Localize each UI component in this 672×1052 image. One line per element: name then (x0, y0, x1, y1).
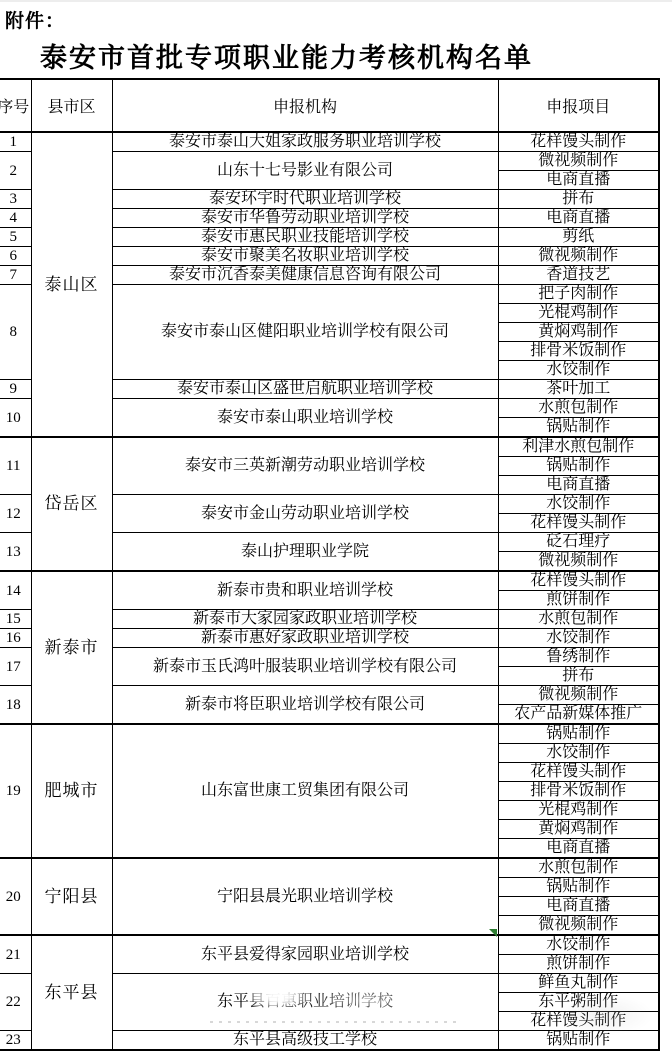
col-header-seq: 序号 (0, 79, 31, 132)
project-cell: 农产品新媒体推广 (498, 705, 659, 725)
institution-cell: 泰山护理职业学院 (112, 533, 498, 572)
table-row: 21东平县东平县爱得家园职业培训学校水饺制作 (0, 935, 659, 955)
institution-cell: 东平县爱得家园职业培训学校 (112, 935, 498, 974)
page-title: 泰安市首批专项职业能力考核机构名单 (40, 36, 533, 75)
row-number-cell: 4 (0, 209, 31, 228)
institution-cell: 泰安市泰山职业培训学校 (112, 399, 498, 438)
col-header-district: 县市区 (31, 79, 112, 132)
document-page: 附件： 泰安市首批专项职业能力考核机构名单 序号 县市区 申报机构 申报项目 1… (0, 0, 672, 1052)
project-cell: 砭石理疗 (498, 533, 659, 552)
district-cell: 岱岳区 (31, 437, 112, 571)
project-cell: 煎饼制作 (498, 955, 659, 974)
project-cell: 微视频制作 (498, 686, 659, 705)
project-cell: 水饺制作 (498, 935, 659, 955)
project-cell: 黄焖鸡制作 (498, 820, 659, 839)
project-cell: 花样馒头制作 (498, 1012, 659, 1031)
row-number-cell: 19 (0, 724, 31, 858)
project-cell: 微视频制作 (498, 916, 659, 936)
project-cell: 煎饼制作 (498, 591, 659, 610)
project-cell: 花样馒头制作 (498, 571, 659, 591)
row-number-cell: 5 (0, 228, 31, 247)
institution-cell: 东平县百惠职业培训学校 (112, 974, 498, 1031)
header-row: 序号 县市区 申报机构 申报项目 (0, 79, 659, 132)
project-cell: 水饺制作 (498, 744, 659, 763)
project-cell: 排骨米饭制作 (498, 782, 659, 801)
district-cell: 新泰市 (31, 571, 112, 724)
col-header-institution: 申报机构 (112, 79, 498, 132)
row-number-cell: 2 (0, 152, 31, 190)
project-cell: 光棍鸡制作 (498, 801, 659, 820)
row-number-cell: 16 (0, 629, 31, 648)
row-number-cell: 12 (0, 495, 31, 533)
district-cell: 肥城市 (31, 724, 112, 858)
project-cell: 电商直播 (498, 171, 659, 190)
project-cell: 锅贴制作 (498, 457, 659, 476)
project-cell: 电商直播 (498, 209, 659, 228)
table-row: 14新泰市新泰市贵和职业培训学校花样馒头制作 (0, 571, 659, 591)
row-number-cell: 21 (0, 935, 31, 974)
institution-cell: 新泰市将臣职业培训学校有限公司 (112, 686, 498, 725)
table-header: 序号 县市区 申报机构 申报项目 (0, 79, 659, 132)
row-number-cell: 17 (0, 648, 31, 686)
project-cell: 拼布 (498, 667, 659, 686)
attachment-label: 附件： (5, 6, 65, 33)
institution-cell: 泰安市聚美名妆职业培训学校 (112, 247, 498, 266)
project-cell: 水煎包制作 (498, 858, 659, 878)
institution-cell: 新泰市玉氏鸿叶服装职业培训学校有限公司 (112, 648, 498, 686)
institution-cell: 新泰市贵和职业培训学校 (112, 571, 498, 610)
institutions-table: 序号 县市区 申报机构 申报项目 1泰山区泰安市泰山大姐家政服务职业培训学校花样… (0, 78, 660, 1051)
project-cell: 利津水煎包制作 (498, 437, 659, 457)
project-cell: 花样馒头制作 (498, 514, 659, 533)
project-cell: 电商直播 (498, 897, 659, 916)
district-cell: 东平县 (31, 935, 112, 1050)
project-cell: 花样馒头制作 (498, 132, 659, 152)
district-cell: 泰山区 (31, 132, 112, 437)
project-cell: 东平粥制作 (498, 993, 659, 1012)
row-number-cell: 22 (0, 974, 31, 1031)
institution-cell: 泰安市惠民职业技能培训学校 (112, 228, 498, 247)
project-cell: 水饺制作 (498, 495, 659, 514)
project-cell: 电商直播 (498, 476, 659, 495)
table-row: 11岱岳区泰安市三英新潮劳动职业培训学校利津水煎包制作 (0, 437, 659, 457)
project-cell: 排骨米饭制作 (498, 342, 659, 361)
institution-cell: 泰安市三英新潮劳动职业培训学校 (112, 437, 498, 495)
row-number-cell: 8 (0, 285, 31, 380)
institution-cell: 泰安市泰山区盛世启航职业培训学校 (112, 380, 498, 399)
project-cell: 拼布 (498, 190, 659, 209)
project-cell: 锅贴制作 (498, 724, 659, 744)
institution-cell: 泰安市泰山区健阳职业培训学校有限公司 (112, 285, 498, 380)
project-cell: 水煎包制作 (498, 399, 659, 418)
project-cell: 水煎包制作 (498, 610, 659, 629)
institution-cell: 泰安市沉香泰美健康信息咨询有限公司 (112, 266, 498, 285)
project-cell: 鲁绣制作 (498, 648, 659, 667)
project-cell: 微视频制作 (498, 552, 659, 572)
project-cell: 水饺制作 (498, 629, 659, 648)
institution-cell: 山东十七号影业有限公司 (112, 152, 498, 190)
project-cell: 黄焖鸡制作 (498, 323, 659, 342)
row-number-cell: 15 (0, 610, 31, 629)
institution-cell: 泰安市泰山大姐家政服务职业培训学校 (112, 132, 498, 152)
project-cell: 微视频制作 (498, 152, 659, 171)
project-cell: 电商直播 (498, 839, 659, 859)
institution-cell: 东平县高级技工学校 (112, 1031, 498, 1051)
project-cell: 把子肉制作 (498, 285, 659, 304)
col-header-project: 申报项目 (498, 79, 659, 132)
green-cell-marker-icon (489, 929, 497, 937)
row-number-cell: 14 (0, 571, 31, 610)
project-cell: 锅贴制作 (498, 878, 659, 897)
institution-cell: 山东富世康工贸集团有限公司 (112, 724, 498, 858)
table-row: 20宁阳县宁阳县晨光职业培训学校水煎包制作 (0, 858, 659, 878)
institution-cell: 新泰市大家园家政职业培训学校 (112, 610, 498, 629)
project-cell: 锅贴制作 (498, 418, 659, 438)
institution-cell: 泰安市华鲁劳动职业培训学校 (112, 209, 498, 228)
project-cell: 花样馒头制作 (498, 763, 659, 782)
scan-edge (0, 0, 672, 2)
project-cell: 香道技艺 (498, 266, 659, 285)
row-number-cell: 23 (0, 1031, 31, 1051)
table-row: 19肥城市山东富世康工贸集团有限公司锅贴制作 (0, 724, 659, 744)
row-number-cell: 20 (0, 858, 31, 935)
row-number-cell: 18 (0, 686, 31, 725)
project-cell: 微视频制作 (498, 247, 659, 266)
institution-cell: 泰安环宇时代职业培训学校 (112, 190, 498, 209)
row-number-cell: 10 (0, 399, 31, 438)
row-number-cell: 3 (0, 190, 31, 209)
project-cell: 剪纸 (498, 228, 659, 247)
district-cell: 宁阳县 (31, 858, 112, 935)
project-cell: 锅贴制作 (498, 1031, 659, 1051)
institution-cell: 宁阳县晨光职业培训学校 (112, 858, 498, 935)
project-cell: 茶叶加工 (498, 380, 659, 399)
row-number-cell: 7 (0, 266, 31, 285)
project-cell: 水饺制作 (498, 361, 659, 380)
project-cell: 光棍鸡制作 (498, 304, 659, 323)
row-number-cell: 1 (0, 132, 31, 152)
row-number-cell: 9 (0, 380, 31, 399)
row-number-cell: 13 (0, 533, 31, 572)
row-number-cell: 11 (0, 437, 31, 495)
institution-cell: 新泰市惠好家政职业培训学校 (112, 629, 498, 648)
row-number-cell: 6 (0, 247, 31, 266)
institution-cell: 泰安市金山劳动职业培训学校 (112, 495, 498, 533)
table-row: 1泰山区泰安市泰山大姐家政服务职业培训学校花样馒头制作 (0, 132, 659, 152)
project-cell: 鲜鱼丸制作 (498, 974, 659, 993)
